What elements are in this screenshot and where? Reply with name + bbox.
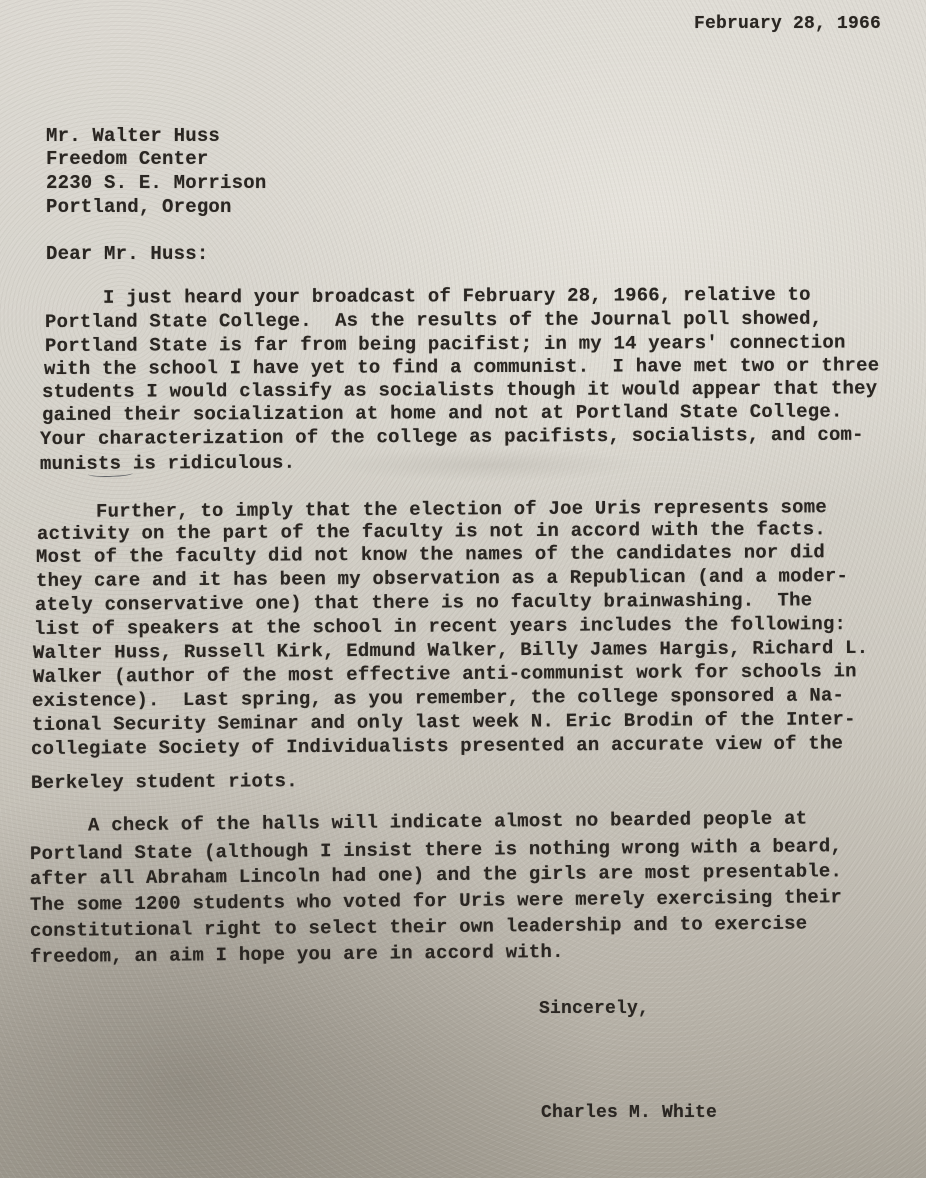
body-line: they care and it has been my observation…	[36, 567, 848, 591]
pen-underline-mark	[88, 469, 133, 478]
closing: Sincerely,	[539, 1000, 649, 1018]
body-line: Berkeley student riots.	[31, 772, 298, 793]
address-line: Portland, Oregon	[46, 198, 232, 217]
body-line: Walter Huss, Russell Kirk, Edmund Walker…	[33, 639, 868, 663]
letter-date: February 28, 1966	[694, 15, 881, 33]
salutation: Dear Mr. Huss:	[46, 245, 208, 264]
body-line: after all Abraham Lincoln had one) and t…	[30, 862, 842, 889]
body-line: tional Security Seminar and only last we…	[32, 710, 856, 735]
body-line: gained their socialization at home and n…	[42, 403, 843, 425]
address-line: 2230 S. E. Morrison	[46, 174, 266, 193]
show-through-mark	[330, 448, 650, 482]
address-line: Mr. Walter Huss	[46, 127, 220, 146]
body-line: Walker (author of the most effective ant…	[33, 662, 857, 687]
body-line: constitutional right to select their own…	[30, 915, 807, 941]
body-line: activity on the part of the faculty is n…	[37, 520, 826, 544]
body-line: A check of the halls will indicate almos…	[30, 810, 807, 836]
body-line: Your characterization of the college as …	[40, 426, 864, 449]
body-line: existence). Last spring, as you remember…	[32, 686, 844, 711]
body-line: collegiate Society of Individualists pre…	[31, 734, 843, 759]
body-line: munists is ridiculous.	[40, 454, 295, 474]
address-line: Freedom Center	[46, 150, 208, 169]
body-line: Most of the faculty did not know the nam…	[36, 543, 825, 567]
body-line: Portland State (although I insist there …	[30, 837, 842, 864]
body-line: Portland State is far from being pacifis…	[45, 334, 846, 356]
body-line: students I would classify as socialists …	[42, 379, 877, 402]
body-line: with the school I have yet to find a com…	[44, 356, 879, 379]
body-line: ately conservative one) that there is no…	[35, 591, 812, 615]
signature-name: Charles M. White	[541, 1104, 717, 1122]
body-line: I just heard your broadcast of February …	[45, 286, 811, 308]
body-line: freedom, an aim I hope you are in accord…	[30, 943, 564, 967]
body-line: Portland State College. As the results o…	[45, 310, 822, 332]
body-line: list of speakers at the school in recent…	[34, 615, 846, 639]
body-line: The some 1200 students who voted for Uri…	[30, 888, 842, 915]
